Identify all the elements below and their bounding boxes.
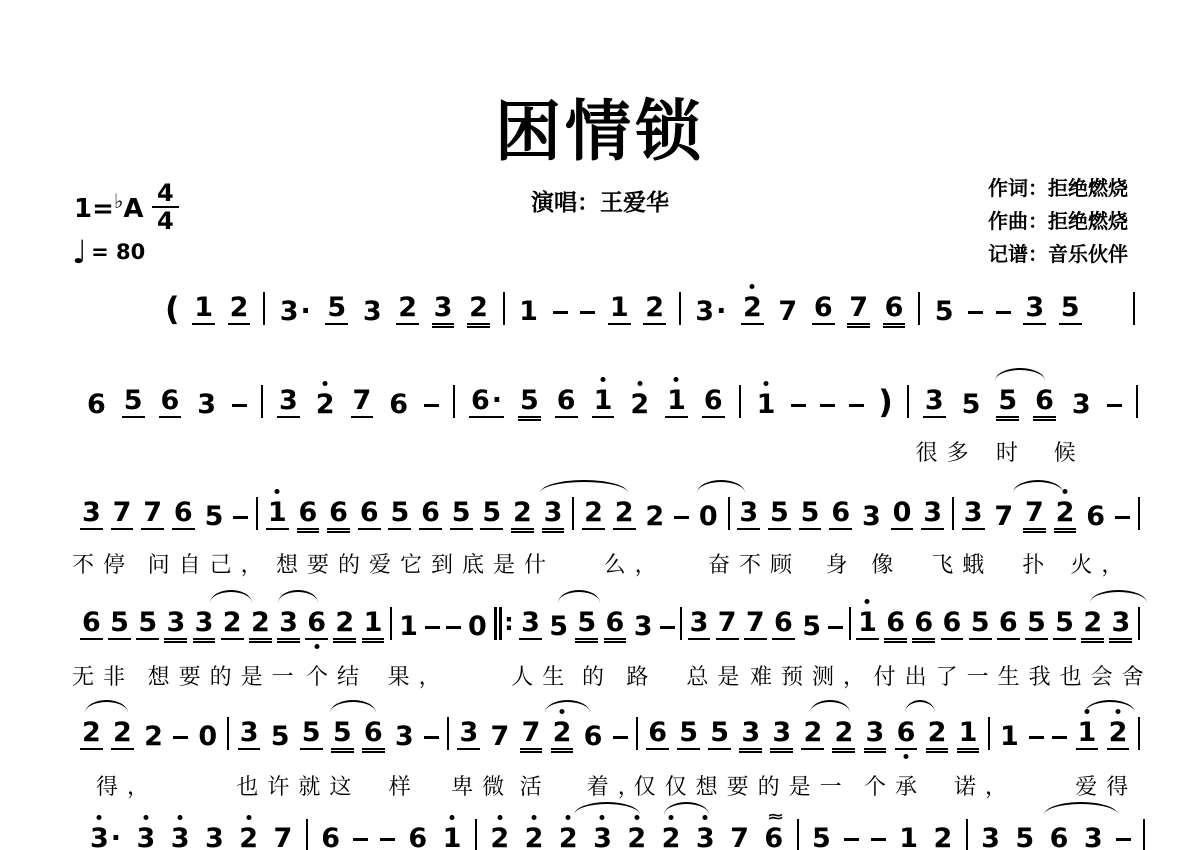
quarter-note-icon: ♩	[72, 233, 87, 271]
note: 5	[331, 719, 354, 750]
note: 6	[319, 825, 342, 850]
note: 7	[847, 294, 870, 325]
note: 7	[716, 609, 739, 640]
barline	[572, 497, 574, 530]
close-paren: )	[878, 386, 893, 418]
note: 2	[926, 719, 949, 750]
key-signature: 1=♭A	[74, 194, 143, 224]
note: 3	[361, 298, 384, 325]
note: 1	[362, 609, 385, 640]
note: 5	[547, 613, 570, 640]
note: 7	[111, 499, 134, 530]
note: 2	[237, 825, 260, 850]
note: 6	[884, 609, 907, 640]
dash-extension	[791, 404, 806, 407]
note: 3	[694, 825, 717, 850]
note: 3	[519, 609, 542, 640]
slur-arc	[210, 590, 252, 603]
note: 2	[142, 723, 165, 750]
slur-arc	[540, 480, 628, 493]
note: 5	[203, 503, 226, 530]
song-title: 困情锁	[0, 78, 1200, 173]
note: 6	[941, 609, 964, 640]
barline	[227, 717, 229, 750]
note: 3	[432, 294, 455, 325]
note: 5	[960, 391, 983, 418]
slur-arc	[995, 368, 1045, 381]
lyric-segment: 么，	[604, 548, 666, 579]
note: 3	[1109, 609, 1132, 640]
lyric-segment: 难预测，	[750, 660, 874, 691]
note: 5	[575, 609, 598, 640]
dash-extension	[1029, 736, 1044, 739]
note: 1	[608, 294, 631, 325]
lyric-segment: 奋不顾	[708, 548, 801, 579]
note: 5	[810, 825, 833, 850]
dash-extension	[844, 838, 859, 841]
slur-arc	[1044, 802, 1118, 815]
note: 7	[489, 723, 512, 750]
note: 6	[772, 609, 795, 640]
barline	[797, 819, 799, 850]
time-signature-numerator: 4	[152, 180, 179, 208]
note: 3	[923, 387, 946, 418]
note: 6	[912, 609, 935, 640]
note: 3	[1082, 825, 1105, 850]
note: 3	[238, 719, 261, 750]
note: 5	[799, 499, 822, 530]
note: 5	[1059, 294, 1082, 325]
note: 2	[523, 825, 546, 850]
note: 1	[665, 387, 688, 418]
note: 5	[450, 499, 473, 530]
note: 5	[996, 387, 1019, 418]
note: 5	[388, 499, 411, 530]
dash-extension	[1107, 404, 1122, 407]
lyric-segment: 付出了一生我也会舍	[874, 660, 1153, 691]
note: 1	[517, 298, 540, 325]
lyric-segment: 时	[996, 436, 1027, 467]
note: 3	[457, 719, 480, 750]
note: 6	[812, 294, 835, 325]
note: 7	[141, 499, 164, 530]
note: 6	[305, 609, 328, 640]
note: 6	[85, 391, 108, 418]
lyric-segment: 扑	[1022, 548, 1053, 579]
note: 6	[997, 609, 1020, 640]
note: 5	[933, 298, 956, 325]
note: 0	[466, 613, 489, 640]
time-signature-denominator: 4	[157, 208, 174, 234]
note: 3	[770, 719, 793, 750]
note: 1	[592, 387, 615, 418]
note: 7	[520, 719, 543, 750]
note: 5	[677, 719, 700, 750]
dash-extension	[580, 311, 595, 314]
note: 0	[196, 723, 219, 750]
note: 2	[832, 719, 855, 750]
lyric-segment: 活	[520, 770, 551, 801]
note: 2	[931, 825, 954, 850]
note: 3	[542, 499, 565, 530]
note: 2	[314, 391, 337, 418]
barline	[306, 819, 308, 850]
barline	[263, 292, 265, 325]
note: 1	[957, 719, 980, 750]
lyric-segment: 无非	[72, 660, 134, 691]
slur-arc	[574, 802, 640, 815]
note: 1	[266, 499, 289, 530]
credit-transcriber: 记谱：音乐伙伴	[988, 238, 1128, 271]
lyric-segment: 诺，	[954, 770, 1016, 801]
notation-line: 656332766·5612161)35563	[85, 378, 1138, 418]
note: 6	[883, 294, 906, 325]
slur-arc	[1085, 700, 1135, 713]
lyric-segment: 想要的是一	[148, 660, 303, 691]
dash-extension	[353, 838, 368, 841]
barline	[1138, 607, 1140, 640]
note: 3	[864, 719, 887, 750]
note: 5	[518, 387, 541, 418]
barline	[680, 607, 682, 640]
barline	[739, 385, 741, 418]
note: 5	[300, 719, 323, 750]
note: 2	[643, 503, 666, 530]
note: 6	[419, 499, 442, 530]
note: 7	[351, 387, 374, 418]
note: 7	[728, 825, 751, 850]
dash-extension	[424, 404, 439, 407]
note: 7	[776, 298, 799, 325]
note: 1	[441, 825, 464, 850]
notation-line: 3776516665655232220355630337726	[80, 490, 1140, 530]
dash-extension	[173, 736, 188, 739]
slur-arc	[330, 700, 376, 713]
lyric-segment: 仅仅想要的是一	[634, 770, 851, 801]
note: 1	[998, 723, 1021, 750]
note: 2	[249, 609, 272, 640]
notation-line: 3·33327661222322376≈5123563	[88, 812, 1145, 850]
note: 3	[1023, 294, 1046, 325]
time-signature: 4 4	[152, 180, 179, 235]
sheet-music-page: 困情锁 演唱：王爱华 作词：拒绝燃烧 作曲：拒绝燃烧 记谱：音乐伙伴 1=♭A …	[0, 0, 1200, 850]
lyric-segment: 很多	[916, 436, 978, 467]
credits-block: 作词：拒绝燃烧 作曲：拒绝燃烧 记谱：音乐伙伴	[988, 172, 1128, 271]
note: 1	[1076, 719, 1099, 750]
lyric-segment: 候	[1054, 436, 1085, 467]
barline	[1136, 385, 1138, 418]
slur-arc	[545, 700, 591, 713]
slur-arc	[1013, 480, 1063, 493]
slur-arc	[810, 700, 850, 713]
dash-extension	[674, 516, 689, 519]
note: 6≈	[762, 825, 785, 850]
slur-arc	[558, 590, 600, 603]
note: 2	[1107, 719, 1130, 750]
dash-extension	[1116, 838, 1131, 841]
barline	[952, 497, 954, 530]
credit-lyricist: 作词：拒绝燃烧	[988, 172, 1128, 205]
note: 7	[744, 609, 767, 640]
note: 3	[135, 825, 158, 850]
open-paren: (	[165, 293, 180, 325]
note: 2	[467, 294, 490, 325]
note: 2	[741, 294, 764, 325]
note: 5	[122, 387, 145, 418]
note: 6	[1084, 503, 1107, 530]
note: 3	[193, 609, 216, 640]
note: 2	[1081, 609, 1104, 640]
slur-arc	[278, 590, 318, 603]
slur-arc	[1090, 590, 1148, 603]
note: 3	[1070, 391, 1093, 418]
note: 3	[979, 825, 1002, 850]
tempo-marking: ♩= 80	[72, 233, 145, 271]
note: 3	[277, 609, 300, 640]
note: 2	[660, 825, 683, 850]
note: 3·	[88, 825, 123, 850]
slur-arc	[905, 700, 935, 713]
barline	[849, 607, 851, 640]
barline	[966, 819, 968, 850]
note: 5	[1025, 609, 1048, 640]
note: 0	[697, 503, 720, 530]
note: 6	[172, 499, 195, 530]
note: 2	[488, 825, 511, 850]
lyric-segment: 总是	[686, 660, 748, 691]
note: 1	[755, 391, 778, 418]
slur-arc	[697, 480, 745, 493]
note: 3	[195, 391, 218, 418]
note: 5	[136, 609, 159, 640]
note: 2	[221, 609, 244, 640]
note: 6	[895, 719, 918, 750]
note: 6	[582, 723, 605, 750]
lyric-segment: 路	[626, 660, 657, 691]
note: 2	[613, 499, 636, 530]
note: 5	[108, 609, 131, 640]
dash-extension	[871, 838, 886, 841]
note: 7	[272, 825, 295, 850]
note: 3	[739, 719, 762, 750]
note: 2	[80, 719, 103, 750]
note: 2	[228, 294, 251, 325]
note: 6	[406, 825, 429, 850]
repeat-sign: :	[494, 606, 514, 640]
dash-extension	[820, 404, 835, 407]
lyric-segment: 得，	[96, 770, 158, 801]
note: 3·	[278, 298, 313, 325]
dash-extension	[424, 736, 439, 739]
note: 5	[800, 613, 823, 640]
note: 3	[80, 499, 103, 530]
barline	[1138, 717, 1140, 750]
dash-extension	[1115, 516, 1130, 519]
note: 6	[358, 499, 381, 530]
barline	[907, 385, 909, 418]
note: 5	[269, 723, 292, 750]
slur-arc	[664, 802, 710, 815]
barline	[256, 497, 258, 530]
dash-extension	[613, 736, 628, 739]
note: 3	[632, 613, 655, 640]
note: 2	[111, 719, 134, 750]
note: 5	[768, 499, 791, 530]
note: 5	[1053, 609, 1076, 640]
barline	[390, 607, 392, 640]
lyric-segment: 像	[871, 548, 902, 579]
note: 3	[688, 609, 711, 640]
note: 3	[169, 825, 192, 850]
note: 3	[203, 825, 226, 850]
dash-extension	[232, 404, 247, 407]
barline	[447, 717, 449, 750]
flat-icon: ♭	[114, 189, 123, 213]
note: 2	[396, 294, 419, 325]
note: 1	[192, 294, 215, 325]
barline	[1143, 819, 1145, 850]
note: 6	[1033, 387, 1056, 418]
lyric-segment: 卑微	[451, 770, 513, 801]
barline	[1138, 497, 1140, 530]
key-letter: A	[123, 194, 143, 224]
notation-line: 6553322362110:35563377651666565523	[80, 600, 1140, 640]
barline	[988, 717, 990, 750]
dash-extension	[380, 838, 395, 841]
note: 6	[297, 499, 320, 530]
barline	[679, 292, 681, 325]
dash-extension	[233, 516, 248, 519]
note: 6	[387, 391, 410, 418]
note: 7	[992, 503, 1015, 530]
dash-extension	[828, 626, 843, 629]
dash-extension	[446, 626, 461, 629]
key-prefix: 1=	[74, 194, 114, 224]
dash-extension	[1052, 736, 1067, 739]
barline	[453, 385, 455, 418]
note: 6	[159, 387, 182, 418]
note: 3	[737, 499, 760, 530]
dash-extension	[968, 311, 983, 314]
note: 6	[1048, 825, 1071, 850]
note: 6	[829, 499, 852, 530]
note: 6	[80, 609, 103, 640]
note: 2	[643, 294, 666, 325]
dash-extension	[425, 626, 440, 629]
note: 6	[555, 387, 578, 418]
note: 6	[604, 609, 627, 640]
barline	[475, 819, 477, 850]
dash-extension	[553, 311, 568, 314]
slur-arc	[85, 700, 128, 713]
note: 2	[582, 499, 605, 530]
note: 6	[646, 719, 669, 750]
barline	[1133, 292, 1135, 325]
note: 5	[325, 294, 348, 325]
note: 3	[962, 499, 985, 530]
lyric-segment: 的	[582, 660, 613, 691]
note: 2	[628, 391, 651, 418]
tempo-value: = 80	[91, 240, 145, 264]
note: 6	[702, 387, 725, 418]
lyric-segment: 个承	[864, 770, 926, 801]
lyric-segment: 果，	[388, 660, 450, 691]
note: 2	[557, 825, 580, 850]
lyric-segment: 样	[389, 770, 420, 801]
note: 2	[551, 719, 574, 750]
note: 1	[856, 609, 879, 640]
note: 2	[511, 499, 534, 530]
barline	[918, 292, 920, 325]
note: 3	[277, 387, 300, 418]
note: 3	[164, 609, 187, 640]
lyric-segment: 不停	[72, 548, 134, 579]
note: 3	[393, 723, 416, 750]
note: 6·	[469, 387, 504, 418]
note: 5	[480, 499, 503, 530]
note: 5	[708, 719, 731, 750]
note: 0	[891, 499, 914, 530]
notation-line: 22203555633772665533223621112	[80, 710, 1140, 750]
note: 3	[860, 503, 883, 530]
dash-extension	[660, 626, 675, 629]
note: 3·	[693, 298, 728, 325]
lyric-segment: 问自己，	[148, 548, 272, 579]
lyric-segment: 火，	[1070, 548, 1132, 579]
credit-composer: 作曲：拒绝燃烧	[988, 205, 1128, 238]
note: 1	[897, 825, 920, 850]
lyric-segment: 爱得	[1075, 770, 1137, 801]
barline	[503, 292, 505, 325]
note: 6	[362, 719, 385, 750]
barline	[261, 385, 263, 418]
note: 3	[591, 825, 614, 850]
notation-line: (123·532321123·27676535	[165, 285, 1135, 325]
note: 2	[801, 719, 824, 750]
dash-extension	[996, 311, 1011, 314]
note: 3	[921, 499, 944, 530]
note: 1	[397, 613, 420, 640]
lyric-segment: 飞蛾	[931, 548, 993, 579]
lyric-segment: 个结	[306, 660, 368, 691]
note: 2	[625, 825, 648, 850]
barline	[636, 717, 638, 750]
lyric-segment: 身	[826, 548, 857, 579]
note: 5	[1013, 825, 1036, 850]
lyric-segment: 也许就这	[236, 770, 360, 801]
note: 2	[1054, 499, 1077, 530]
dash-extension	[849, 404, 864, 407]
lyric-segment: 想要的爱它到底是什	[276, 548, 555, 579]
lyric-segment: 人生	[511, 660, 573, 691]
note: 2	[333, 609, 356, 640]
barline	[728, 497, 730, 530]
note: 6	[327, 499, 350, 530]
note: 7	[1023, 499, 1046, 530]
note: 5	[969, 609, 992, 640]
